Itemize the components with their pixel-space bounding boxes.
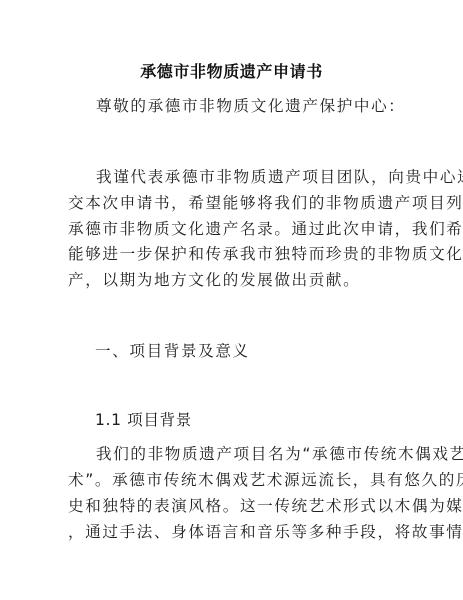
paragraph-line: ，通过手法、身体语言和音乐等多种手段，将故事情节 (68, 523, 463, 541)
paragraph-line: 我谨代表承德市非物质遗产项目团队，向贵中心递 (96, 168, 463, 186)
paragraph-line: 能够进一步保护和传承我市独特而珍贵的非物质文化遗 (68, 245, 463, 263)
paragraph-line: 我们的非物质遗产项目名为“承德市传统木偶戏艺 (96, 445, 463, 463)
paragraph-line: 史和独特的表演风格。这一传统艺术形式以木偶为媒介 (68, 497, 463, 515)
document-title: 承德市非物质遗产申请书 (0, 62, 463, 82)
paragraph-line: 产，以期为地方文化的发展做出贡献。 (68, 271, 360, 289)
paragraph-line: 交本次申请书，希望能够将我们的非物质遗产项目列入 (68, 194, 463, 212)
subsection-heading: 1.1 项目背景 (95, 411, 192, 429)
paragraph-line: 术”。承德市传统木偶戏艺术源远流长，具有悠久的历 (68, 471, 463, 489)
paragraph-line: 承德市非物质文化遗产名录。通过此次申请，我们希望 (68, 220, 463, 238)
document-page: 承德市非物质遗产申请书 尊敬的承德市非物质文化遗产保护中心： 我谨代表承德市非物… (0, 0, 463, 600)
greeting-line: 尊敬的承德市非物质文化遗产保护中心： (96, 97, 406, 115)
section-heading: 一、项目背景及意义 (95, 342, 250, 360)
